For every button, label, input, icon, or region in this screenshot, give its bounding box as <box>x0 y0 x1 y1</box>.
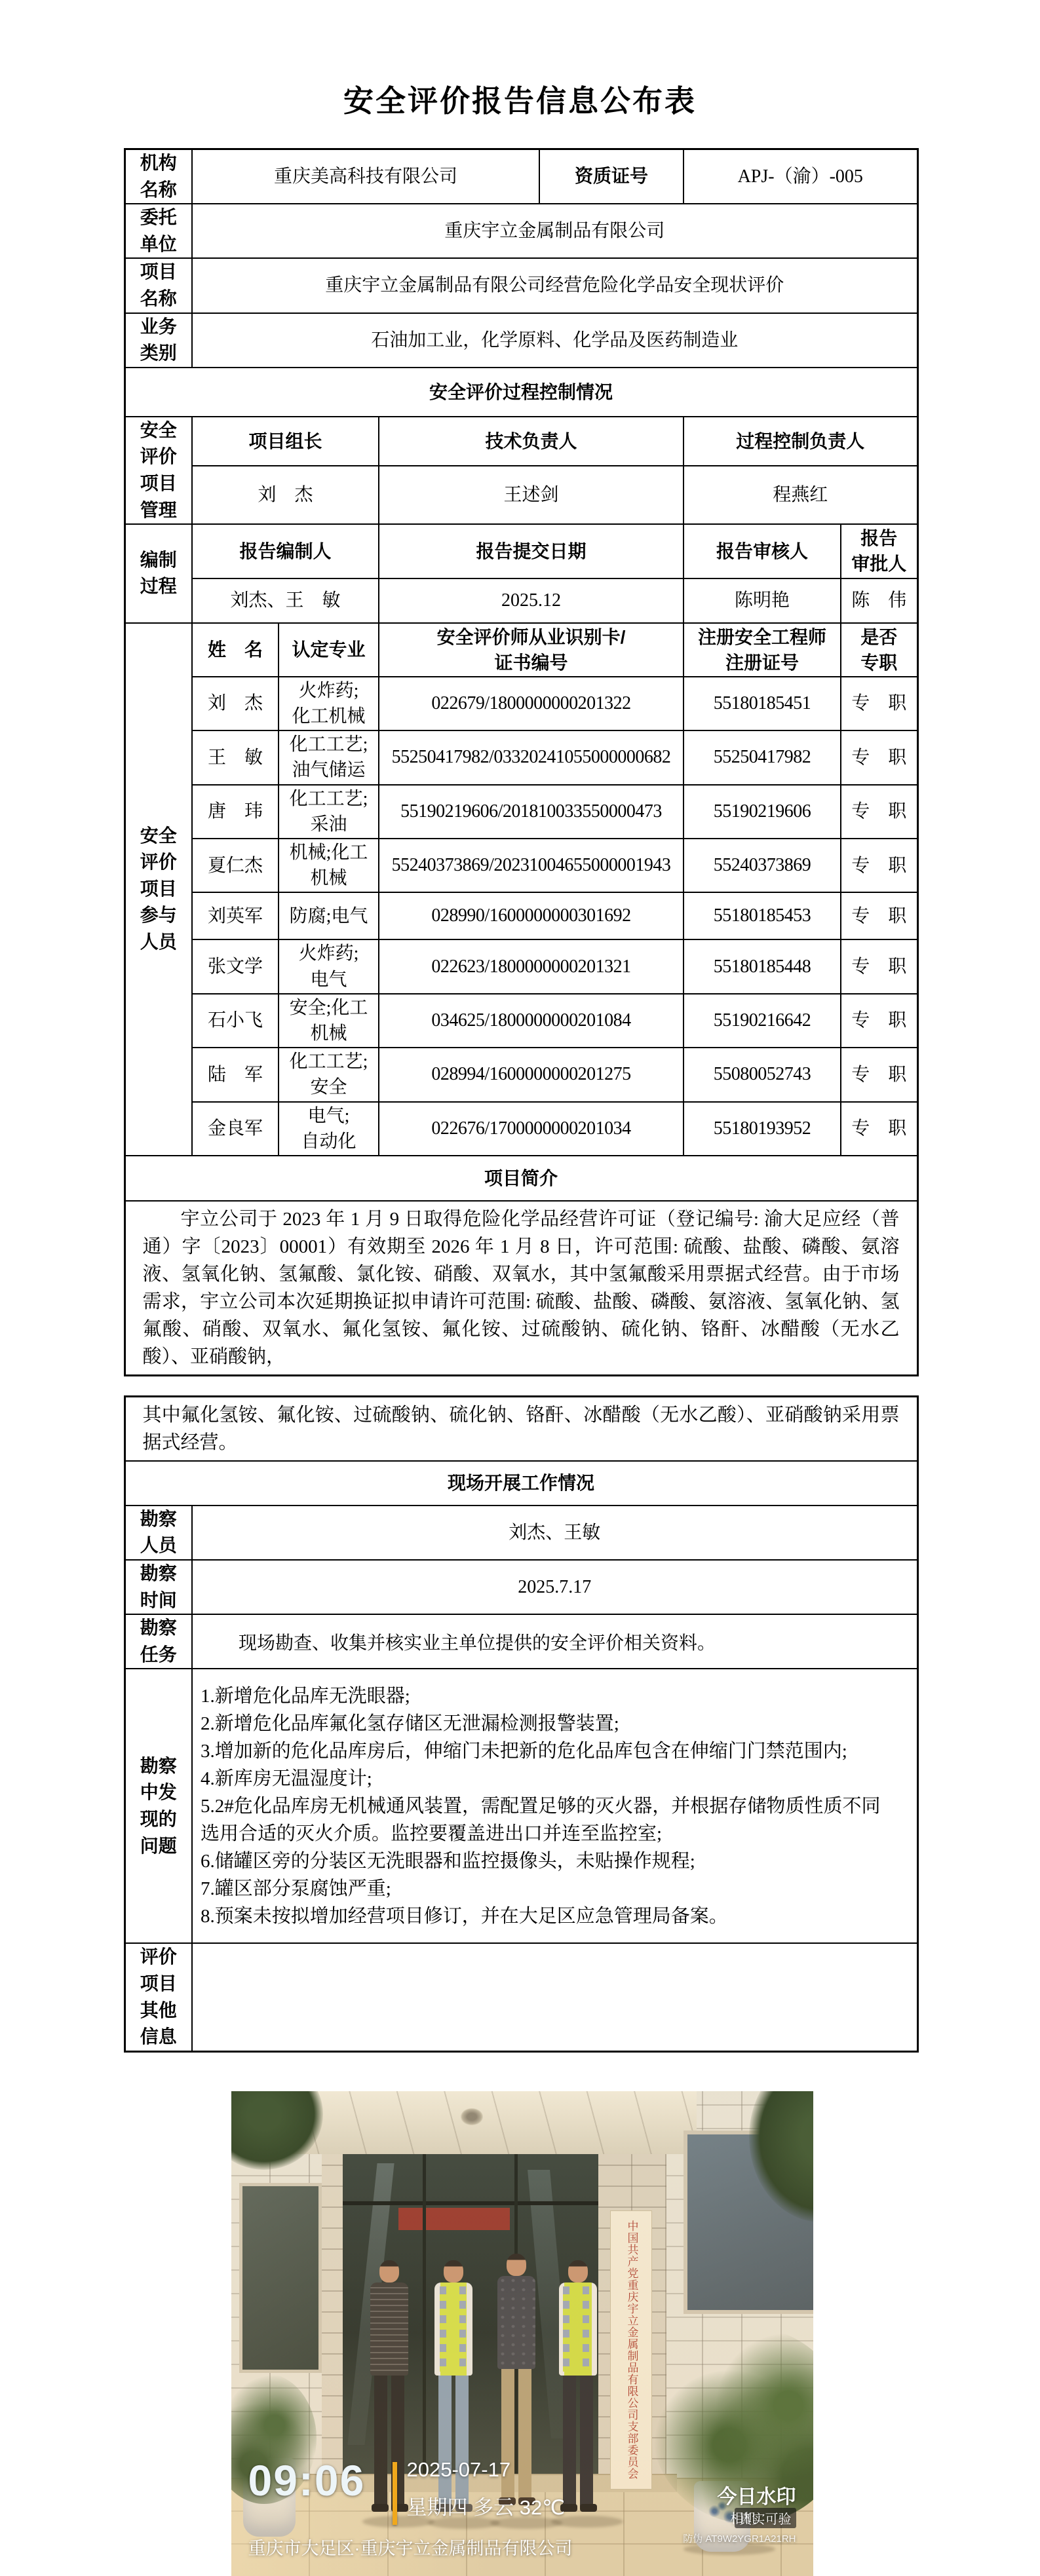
site-table: 其中氟化氢铵、氟化铵、过硫酸钠、硫化钠、铬酐、冰醋酸（无水乙酸）、亚硝酸钠采用票… <box>124 1395 919 2053</box>
site-work-header: 现场开展工作情况 <box>125 1461 917 1506</box>
process-lead-value: 程燕红 <box>684 466 917 524</box>
table-row: 安全评价项目管理 项目组长 技术负责人 过程控制负责人 <box>125 417 917 466</box>
tech-lead-header: 技术负责人 <box>379 417 684 466</box>
table-row: 安全评价过程控制情况 <box>125 368 917 417</box>
participant-fulltime: 专 职 <box>841 939 917 993</box>
other-info-label: 评价项目其他信息 <box>125 1943 192 2051</box>
project-name-value: 重庆宇立金属制品有限公司经营危险化学品安全现状评价 <box>192 258 917 313</box>
submit-date-header: 报告提交日期 <box>379 524 684 578</box>
table-row: 业务类别 石油加工业，化学原料、化学品及医药制造业 <box>125 313 917 368</box>
participant-row: 陆 军 化工工艺; 安全 028994/1600000000201275 550… <box>125 1048 917 1101</box>
org-name-value: 重庆美高科技有限公司 <box>192 149 539 204</box>
participant-major: 化工工艺; 油气储运 <box>279 730 379 784</box>
team-leader-value: 刘 杰 <box>192 466 379 524</box>
participant-fulltime: 专 职 <box>841 839 917 892</box>
table-row: 刘杰、王 敏 2025.12 陈明艳 陈 伟 <box>125 578 917 623</box>
participant-cert: 022679/1800000000201322 <box>379 677 684 730</box>
watermark-divider-bar <box>393 2462 397 2525</box>
page-title: 安全评价报告信息公布表 <box>124 77 917 121</box>
watermark-time: 09:06 <box>248 2455 366 2505</box>
watermark-antifake-code: 防伪 AT9W2YGR1A21RH <box>683 2531 796 2545</box>
issue-item: 1.新增危化品库无洗眼器; <box>201 1682 881 1710</box>
participant-name: 唐 玮 <box>192 785 279 839</box>
participant-fulltime: 专 职 <box>841 1048 917 1101</box>
project-name-label: 项目名称 <box>125 258 192 313</box>
cert-no-label: 资质证号 <box>539 149 684 204</box>
process-lead-header: 过程控制负责人 <box>684 417 917 466</box>
compilation-label: 编制过程 <box>125 524 192 622</box>
participant-major: 安全;化工 机械 <box>279 994 379 1048</box>
table-row: 刘 杰 王述剑 程燕红 <box>125 466 917 524</box>
table-row: 安全评价项目参与人员 姓 名 认定专业 安全评价师从业识别卡/ 证书编号 注册安… <box>125 623 917 677</box>
participant-row: 唐 玮 化工工艺; 采油 55190219606/201810033550000… <box>125 785 917 839</box>
table-row: 勘察时间 2025.7.17 <box>125 1560 917 1614</box>
issue-item: 4.新库房无温湿度计; <box>201 1765 881 1792</box>
main-table: 机构名称 重庆美高科技有限公司 资质证号 APJ-（渝）-005 委托单位 重庆… <box>124 148 919 1376</box>
table-row: 项目简介 <box>125 1156 917 1201</box>
report-writer-value: 刘杰、王 敏 <box>192 578 379 623</box>
participant-name: 刘 杰 <box>192 677 279 730</box>
participant-reg: 55190219606 <box>684 785 841 839</box>
survey-time-label: 勘察时间 <box>125 1560 192 1614</box>
participants-label: 安全评价项目参与人员 <box>125 623 192 1156</box>
participant-row: 石小飞 安全;化工 机械 034625/1800000000201084 551… <box>125 994 917 1048</box>
participant-row: 夏仁杰 机械;化工 机械 55240373869/202310046550000… <box>125 839 917 892</box>
participant-major: 防腐;电气 <box>279 892 379 939</box>
table-row: 宇立公司于 2023 年 1 月 9 日取得危险化学品经营许可证（登记编号: 渝… <box>125 1201 917 1376</box>
table-row: 委托单位 重庆宇立金属制品有限公司 <box>125 204 917 258</box>
table-row: 勘察人员 刘杰、王敏 <box>125 1506 917 1560</box>
watermark-brand: 今日水印 <box>718 2480 796 2509</box>
note-text: 其中氟化氢铵、氟化铵、过硫酸钠、硫化钠、铬酐、冰醋酸（无水乙酸）、亚硝酸钠采用票… <box>143 1401 900 1456</box>
management-label: 安全评价项目管理 <box>125 417 192 524</box>
intro-text: 宇立公司于 2023 年 1 月 9 日取得危险化学品经营许可证（登记编号: 渝… <box>143 1205 900 1371</box>
issue-item: 3.增加新的危化品库房后，伸缩门未把新的危化品库包含在伸缩门门禁范围内; <box>201 1737 881 1765</box>
participant-row: 金良军 电气; 自动化 022676/1700000000201034 5518… <box>125 1102 917 1156</box>
participant-major: 火炸药; 电气 <box>279 939 379 993</box>
table-row: 勘察任务 现场勘查、收集并核实业主单位提供的安全评价相关资料。 <box>125 1614 917 1669</box>
cert-no-value: APJ-（渝）-005 <box>684 149 917 204</box>
participant-cert: 55250417982/03320241055000000682 <box>379 730 684 784</box>
survey-staff-label: 勘察人员 <box>125 1506 192 1560</box>
participant-major: 电气; 自动化 <box>279 1102 379 1156</box>
approver-value: 陈 伟 <box>841 578 917 623</box>
survey-task-value: 现场勘查、收集并核实业主单位提供的安全评价相关资料。 <box>192 1614 917 1669</box>
watermark-location: 重庆市大足区·重庆宇立金属制品有限公司 <box>248 2534 573 2560</box>
reviewer-header: 报告审核人 <box>684 524 841 578</box>
participant-reg: 55180185453 <box>684 892 841 939</box>
site-photo: 中国共产党重庆宇立金属制品有限公司支部委员会 <box>231 2091 813 2576</box>
participant-reg: 55080052743 <box>684 1048 841 1101</box>
participant-fulltime: 专 职 <box>841 785 917 839</box>
watermark-weather: 星期四 多云 32℃ <box>407 2491 566 2520</box>
intro-header: 项目简介 <box>125 1156 917 1201</box>
watermark-camera-label: 相机 <box>731 2508 757 2527</box>
client-label: 委托单位 <box>125 204 192 258</box>
note-cell: 其中氟化氢铵、氟化铵、过硫酸钠、硫化钠、铬酐、冰醋酸（无水乙酸）、亚硝酸钠采用票… <box>125 1396 917 1461</box>
participant-name: 夏仁杰 <box>192 839 279 892</box>
reviewer-value: 陈明艳 <box>684 578 841 623</box>
survey-task-label: 勘察任务 <box>125 1614 192 1669</box>
table-row: 评价项目其他信息 <box>125 1943 917 2051</box>
participant-cert: 55240373869/20231004655000001943 <box>379 839 684 892</box>
report-writer-header: 报告编制人 <box>192 524 379 578</box>
participant-cert: 55190219606/201810033550000473 <box>379 785 684 839</box>
document-page: 安全评价报告信息公布表 机构名称 重庆美高科技有限公司 资质证号 APJ-（渝）… <box>124 0 917 2576</box>
name-header: 姓 名 <box>192 623 279 677</box>
table-row: 编制过程 报告编制人 报告提交日期 报告审核人 报告 审批人 <box>125 524 917 578</box>
participant-fulltime: 专 职 <box>841 1102 917 1156</box>
participant-cert: 022676/1700000000201034 <box>379 1102 684 1156</box>
tech-lead-value: 王述剑 <box>379 466 684 524</box>
table-row: 其中氟化氢铵、氟化铵、过硫酸钠、硫化钠、铬酐、冰醋酸（无水乙酸）、亚硝酸钠采用票… <box>125 1396 917 1461</box>
issue-item: 7.罐区部分泵腐蚀严重; <box>201 1875 881 1903</box>
participant-major: 火炸药; 化工机械 <box>279 677 379 730</box>
table-row: 机构名称 重庆美高科技有限公司 资质证号 APJ-（渝）-005 <box>125 149 917 204</box>
participant-name: 石小飞 <box>192 994 279 1048</box>
participant-cert: 028994/1600000000201275 <box>379 1048 684 1101</box>
other-info-value <box>192 1943 917 2051</box>
issue-item: 8.预案未按拟增加经营项目修订，并在大足区应急管理局备案。 <box>201 1903 881 1930</box>
participant-name: 王 敏 <box>192 730 279 784</box>
participant-cert: 034625/1800000000201084 <box>379 994 684 1048</box>
table-row: 现场开展工作情况 <box>125 1461 917 1506</box>
issue-item: 6.储罐区旁的分装区无洗眼器和监控摄像头，未贴操作规程; <box>201 1847 881 1875</box>
submit-date-value: 2025.12 <box>379 578 684 623</box>
business-type-label: 业务类别 <box>125 313 192 368</box>
participant-row: 张文学 火炸药; 电气 022623/1800000000201321 5518… <box>125 939 917 993</box>
participant-reg: 55180185451 <box>684 677 841 730</box>
participant-reg: 55180193952 <box>684 1102 841 1156</box>
participant-reg: 55250417982 <box>684 730 841 784</box>
participant-major: 化工工艺; 安全 <box>279 1048 379 1101</box>
participant-name: 刘英军 <box>192 892 279 939</box>
table-row: 勘察中发现的问题 1.新增危化品库无洗眼器; 2.新增危化品库氟化氢存储区无泄漏… <box>125 1669 917 1943</box>
table-gap <box>124 1376 917 1395</box>
major-header: 认定专业 <box>279 623 379 677</box>
participant-reg: 55180185448 <box>684 939 841 993</box>
client-value: 重庆宇立金属制品有限公司 <box>192 204 917 258</box>
issue-item: 2.新增危化品库氟化氢存储区无泄漏检测报警装置; <box>201 1710 881 1737</box>
approver-header: 报告 审批人 <box>841 524 917 578</box>
intro-cell: 宇立公司于 2023 年 1 月 9 日取得危险化学品经营许可证（登记编号: 渝… <box>125 1201 917 1376</box>
reg-header: 注册安全工程师 注册证号 <box>684 623 841 677</box>
table-row: 项目名称 重庆宇立金属制品有限公司经营危险化学品安全现状评价 <box>125 258 917 313</box>
survey-staff-value: 刘杰、王敏 <box>192 1506 917 1560</box>
participant-name: 金良军 <box>192 1102 279 1156</box>
participant-row: 王 敏 化工工艺; 油气储运 55250417982/0332024105500… <box>125 730 917 784</box>
participant-fulltime: 专 职 <box>841 994 917 1048</box>
participant-row: 刘英军 防腐;电气 028990/1600000000301692 551801… <box>125 892 917 939</box>
participant-cert: 022623/1800000000201321 <box>379 939 684 993</box>
issues-label: 勘察中发现的问题 <box>125 1669 192 1943</box>
watermark-camera-line: 相机真实可验 <box>731 2508 796 2528</box>
participant-fulltime: 专 职 <box>841 677 917 730</box>
issues-cell: 1.新增危化品库无洗眼器; 2.新增危化品库氟化氢存储区无泄漏检测报警装置; 3… <box>192 1669 917 1943</box>
survey-time-value: 2025.7.17 <box>192 1560 917 1614</box>
participant-cert: 028990/1600000000301692 <box>379 892 684 939</box>
participant-name: 陆 军 <box>192 1048 279 1101</box>
participant-reg: 55190216642 <box>684 994 841 1048</box>
participant-name: 张文学 <box>192 939 279 993</box>
process-control-header: 安全评价过程控制情况 <box>125 368 917 417</box>
participant-major: 机械;化工 机械 <box>279 839 379 892</box>
watermark-date: 2025-07-17 <box>407 2458 511 2482</box>
business-type-value: 石油加工业，化学原料、化学品及医药制造业 <box>192 313 917 368</box>
org-name-label: 机构名称 <box>125 149 192 204</box>
fulltime-header: 是否 专职 <box>841 623 917 677</box>
participant-row: 刘 杰 火炸药; 化工机械 022679/1800000000201322 55… <box>125 677 917 730</box>
issue-item: 5.2#危化品库房无机械通风装置，需配置足够的灭火器，并根据存储物质性质不同选用… <box>201 1792 881 1847</box>
participant-major: 化工工艺; 采油 <box>279 785 379 839</box>
participant-fulltime: 专 职 <box>841 892 917 939</box>
team-leader-header: 项目组长 <box>192 417 379 466</box>
participant-fulltime: 专 职 <box>841 730 917 784</box>
participant-reg: 55240373869 <box>684 839 841 892</box>
cert-header: 安全评价师从业识别卡/ 证书编号 <box>379 623 684 677</box>
